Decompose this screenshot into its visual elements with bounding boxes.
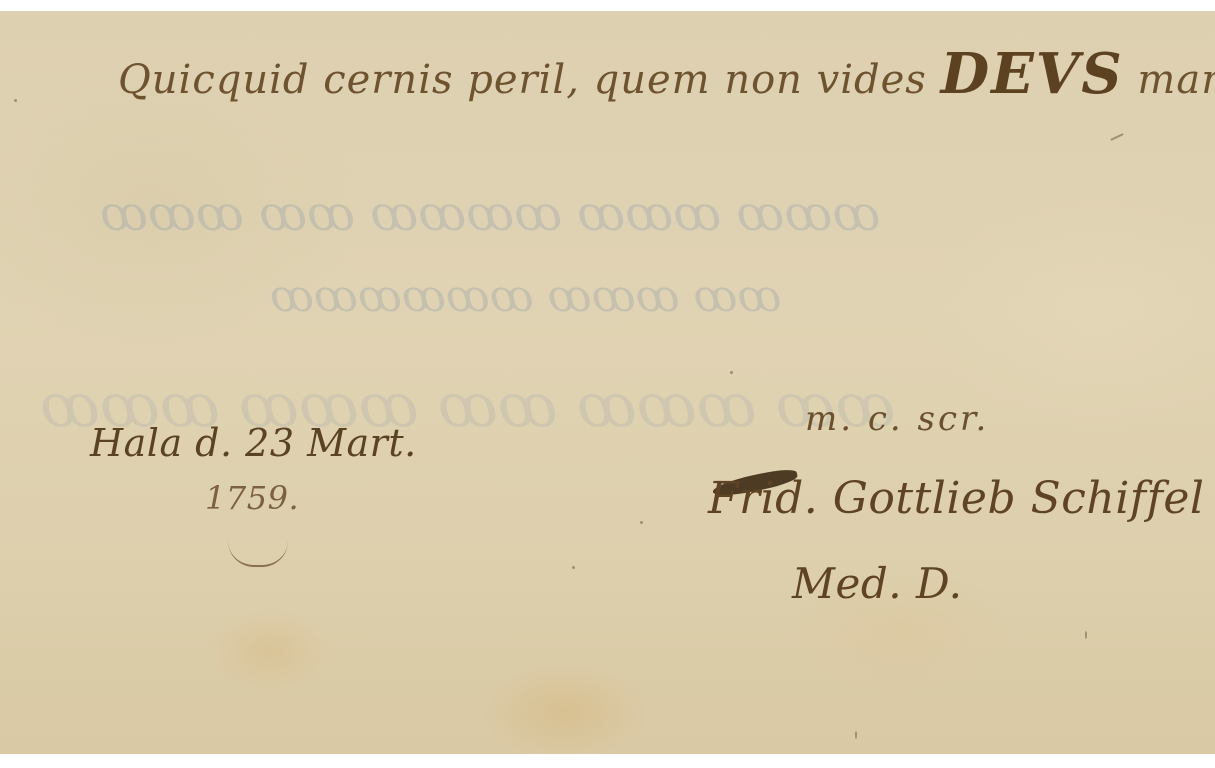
paper-speck xyxy=(572,566,575,569)
bleed-through-line-2: ꝏꝏ ꝏꝏꝏ ꝏꝏꝏꝏꝏꝏ xyxy=(270,271,782,322)
paper-speck xyxy=(730,371,733,374)
paper-speck xyxy=(855,731,857,739)
paper-speck xyxy=(1110,133,1124,141)
manuscript-page: ꝏꝏꝏ ꝏꝏꝏ ꝏꝏꝏꝏ ꝏꝏ ꝏꝏꝏ ꝏꝏ ꝏꝏꝏ ꝏꝏꝏꝏꝏꝏ ꝏꝏ ꝏꝏꝏ… xyxy=(0,11,1215,754)
signature-title: Med. D. xyxy=(792,559,962,608)
motto-emphasis-deus: DEVS xyxy=(941,41,1124,107)
paper-speck xyxy=(14,99,17,102)
dedication-abbreviation: m. c. scr. xyxy=(805,399,989,439)
year-flourish-stroke xyxy=(228,541,288,567)
motto-text-after: manet. xyxy=(1137,57,1215,103)
paper-speck xyxy=(1085,631,1087,639)
place-date: Hala d. 23 Mart. xyxy=(90,421,417,465)
signature-name: Frid. Gottlieb Schiffel xyxy=(708,473,1205,524)
motto-text-before: Quicquid cernis peril, quem non vides xyxy=(118,57,927,103)
bleed-through-line-1: ꝏꝏꝏ ꝏꝏꝏ ꝏꝏꝏꝏ ꝏꝏ ꝏꝏꝏ xyxy=(100,186,880,242)
paper-speck xyxy=(640,521,643,524)
motto-line: Quicquid cernis peril, quem non vides DE… xyxy=(118,41,1215,107)
year: 1759. xyxy=(205,479,299,517)
